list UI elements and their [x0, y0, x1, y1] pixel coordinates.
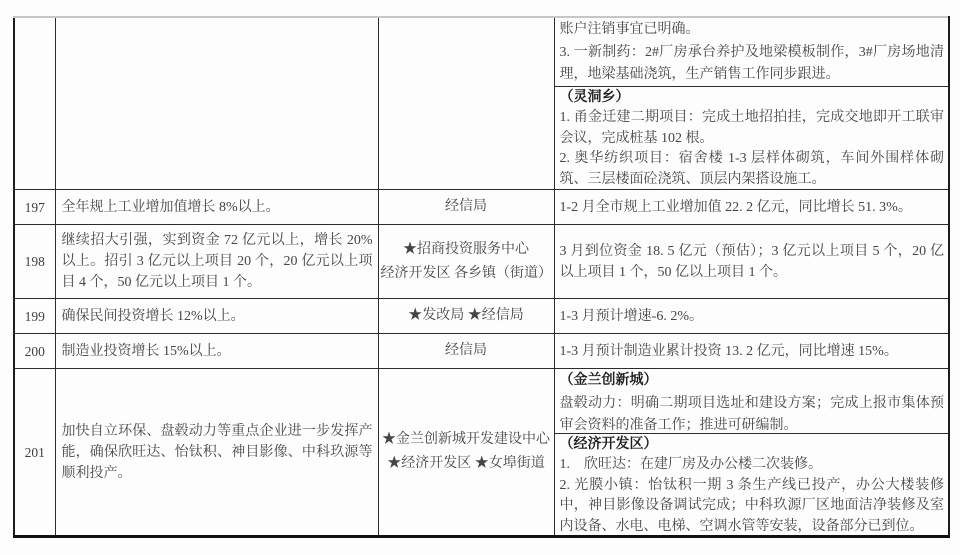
department-line: 经济开发区 各乡镇（街道） [381, 262, 552, 286]
department-line: ★发改局 ★经信局 [381, 304, 552, 328]
row-number-cell: 197 [14, 190, 55, 225]
progress-cell: 账户注销事宜已明确。 3. 一新制药：2#厂房承台养护及地梁模板制作，3#厂房场… [554, 17, 949, 190]
department-line: ★招商投资服务中心 [381, 238, 552, 262]
table-row-continuation: 账户注销事宜已明确。 3. 一新制药：2#厂房承台养护及地梁模板制作，3#厂房场… [14, 17, 949, 190]
department-cell: ★发改局 ★经信局 [378, 299, 554, 334]
progress-cell: 1-3 月预计增速-6. 2%。 [554, 299, 949, 334]
table-row-200: 200 制造业投资增长 15%以上。 经信局 1-3 月预计制造业累计投资 13… [14, 334, 949, 369]
department-line: ★经济开发区 ★女埠街道 [381, 452, 552, 476]
department-cell: 经信局 [378, 190, 554, 225]
progress-paragraph: 盘毂动力：明确二期项目选址和建设方案；完成上报市集体预审会资料的准备工作；推进可… [560, 393, 945, 435]
table-row-199: 199 确保民间投资增长 12%以上。 ★发改局 ★经信局 1-3 月预计增速-… [14, 299, 949, 334]
progress-block-heading: （灵洞乡） [560, 88, 945, 108]
department-line: 经信局 [381, 339, 552, 363]
task-cell: 确保民间投资增长 12%以上。 [55, 299, 378, 334]
table-row-201: 201 加快自立环保、盘毂动力等重点企业进一步发挥产能，确保欣旺达、怡钛积、神目… [14, 369, 949, 537]
progress-paragraph: 1. 甬金迁建二期项目：完成土地招拍挂，完成交地即开工联审会议，完成桩基 102… [560, 108, 945, 149]
progress-paragraph: 账户注销事宜已明确。 [560, 19, 945, 42]
task-cell: 加快自立环保、盘毂动力等重点企业进一步发挥产能，确保欣旺达、怡钛积、神目影像、中… [55, 369, 378, 537]
department-cell [378, 17, 554, 190]
progress-block: 账户注销事宜已明确。 3. 一新制药：2#厂房承台养护及地梁模板制作，3#厂房场… [555, 18, 949, 87]
row-number-cell: 201 [14, 369, 55, 537]
department-line: 经信局 [381, 195, 552, 219]
progress-block-heading: （金兰创新城） [560, 370, 945, 393]
progress-block: （经济开发区） 1. 欣旺达：在建厂房及办公楼二次装修。 2. 光膜小镇：怡钛积… [555, 434, 949, 535]
department-cell: ★金兰创新城开发建设中心 ★经济开发区 ★女埠街道 [378, 369, 554, 537]
document-page: 账户注销事宜已明确。 3. 一新制药：2#厂房承台养护及地梁模板制作，3#厂房场… [0, 0, 960, 555]
task-cell: 制造业投资增长 15%以上。 [55, 334, 378, 369]
progress-block-heading: （经济开发区） [560, 435, 945, 455]
department-cell: 经信局 [378, 334, 554, 369]
row-number-cell: 199 [14, 299, 55, 334]
table-row-197: 197 全年规上工业增加值增长 8%以上。 经信局 1-2 月全市规上工业增加值… [14, 190, 949, 225]
department-cell: ★招商投资服务中心 经济开发区 各乡镇（街道） [378, 225, 554, 299]
progress-table: 账户注销事宜已明确。 3. 一新制药：2#厂房承台养护及地梁模板制作，3#厂房场… [13, 16, 950, 538]
progress-cell: 1-2 月全市规上工业增加值 22. 2 亿元，同比增长 51. 3%。 [554, 190, 949, 225]
progress-cell: 3 月到位资金 18. 5 亿元（预估）；3 亿元以上项目 5 个，20 亿以上… [554, 225, 949, 299]
task-cell [55, 17, 378, 190]
progress-paragraph: 2. 光膜小镇：怡钛积一期 3 条生产线已投产，办公大楼装修中，神目影像设备调试… [560, 476, 945, 535]
department-line: ★金兰创新城开发建设中心 [381, 428, 552, 452]
task-cell: 全年规上工业增加值增长 8%以上。 [55, 190, 378, 225]
table-row-198: 198 继续招大引强，实到资金 72 亿元以上，增长 20%以上。招引 3 亿元… [14, 225, 949, 299]
progress-block: （灵洞乡） 1. 甬金迁建二期项目：完成土地招拍挂，完成交地即开工联审会议，完成… [555, 87, 949, 189]
progress-paragraph: 3. 一新制药：2#厂房承台养护及地梁模板制作，3#厂房场地清理，地梁基础浇筑，… [560, 42, 945, 87]
progress-paragraph: 2. 奥华纺织项目：宿舍楼 1-3 层样体砌筑，车间外围样体砌筑、三层楼面砼浇筑… [560, 149, 945, 189]
row-number-cell [14, 17, 55, 190]
row-number-cell: 200 [14, 334, 55, 369]
progress-cell: （金兰创新城） 盘毂动力：明确二期项目选址和建设方案；完成上报市集体预审会资料的… [554, 369, 949, 537]
progress-cell: 1-3 月预计制造业累计投资 13. 2 亿元，同比增速 15%。 [554, 334, 949, 369]
row-number-cell: 198 [14, 225, 55, 299]
progress-paragraph: 1. 欣旺达：在建厂房及办公楼二次装修。 [560, 455, 945, 475]
progress-block: （金兰创新城） 盘毂动力：明确二期项目选址和建设方案；完成上报市集体预审会资料的… [555, 369, 949, 434]
task-cell: 继续招大引强，实到资金 72 亿元以上，增长 20%以上。招引 3 亿元以上项目… [55, 225, 378, 299]
